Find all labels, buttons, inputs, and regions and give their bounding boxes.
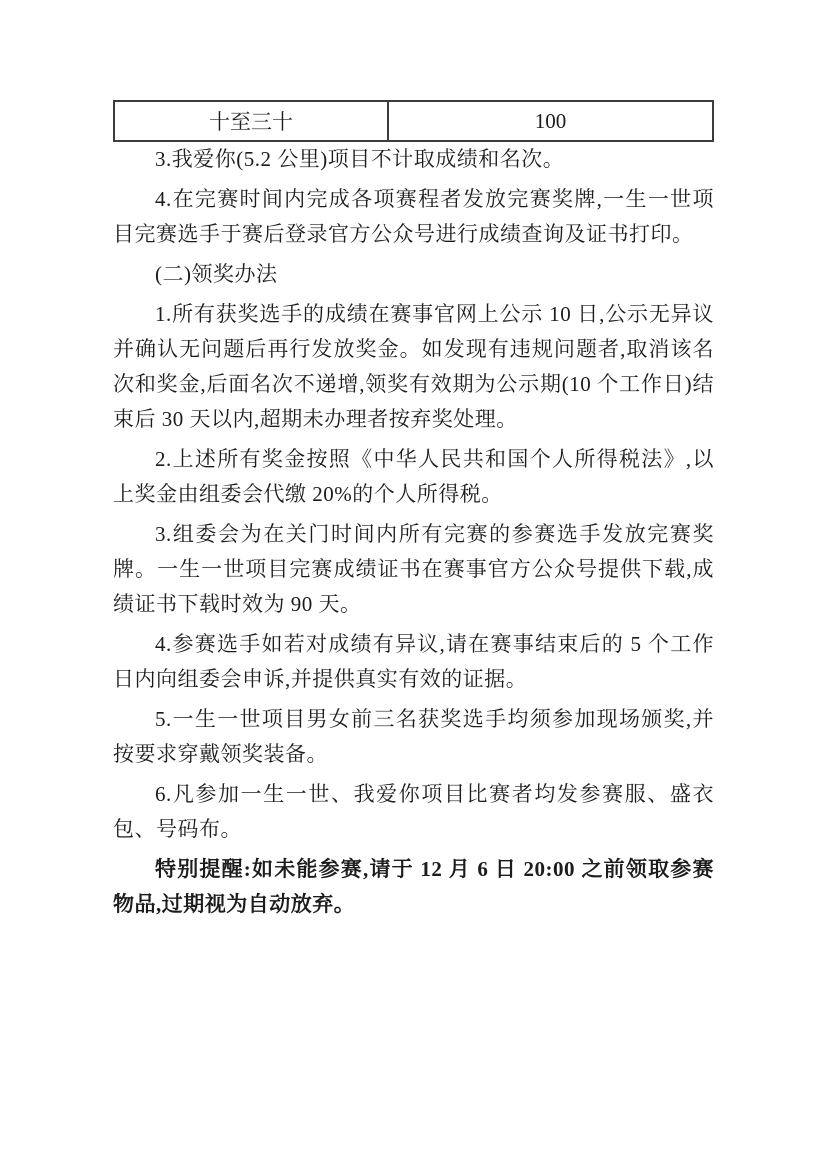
para-finisher-medal: 4.在完赛时间内完成各项赛程者发放完赛奖牌,一生一世项目完赛选手于赛后登录官方公… — [113, 182, 714, 252]
para-race-kit: 6.凡参加一生一世、我爱你项目比赛者均发参赛服、盛衣包、号码布。 — [113, 777, 714, 847]
para-no-ranking-event: 3.我爱你(5.2 公里)项目不计取成绩和名次。 — [113, 142, 714, 177]
section-heading-award-method: (二)领奖办法 — [113, 257, 714, 292]
para-award-publicity: 1.所有获奖选手的成绩在赛事官网上公示 10 日,公示无异议并确认无问题后再行发… — [113, 297, 714, 437]
table-cell-prize: 100 — [388, 101, 713, 141]
para-income-tax: 2.上述所有奖金按照《中华人民共和国个人所得税法》,以上奖金由组委会代缴 20%… — [113, 442, 714, 512]
para-result-appeal: 4.参赛选手如若对成绩有异议,请在赛事结束后的 5 个工作日内向组委会申诉,并提… — [113, 627, 714, 697]
document-page: 十至三十 100 3.我爱你(5.2 公里)项目不计取成绩和名次。 4.在完赛时… — [113, 100, 714, 927]
table-row: 十至三十 100 — [114, 101, 713, 141]
prize-table: 十至三十 100 — [113, 100, 714, 142]
para-podium-ceremony: 5.一生一世项目男女前三名获奖选手均须参加现场颁奖,并按要求穿戴领奖装备。 — [113, 702, 714, 772]
special-note: 特别提醒:如未能参赛,请于 12 月 6 日 20:00 之前领取参赛物品,过期… — [113, 852, 714, 922]
table-cell-rank: 十至三十 — [114, 101, 388, 141]
para-medal-certificate: 3.组委会为在关门时间内所有完赛的参赛选手发放完赛奖牌。一生一世项目完赛成绩证书… — [113, 517, 714, 622]
